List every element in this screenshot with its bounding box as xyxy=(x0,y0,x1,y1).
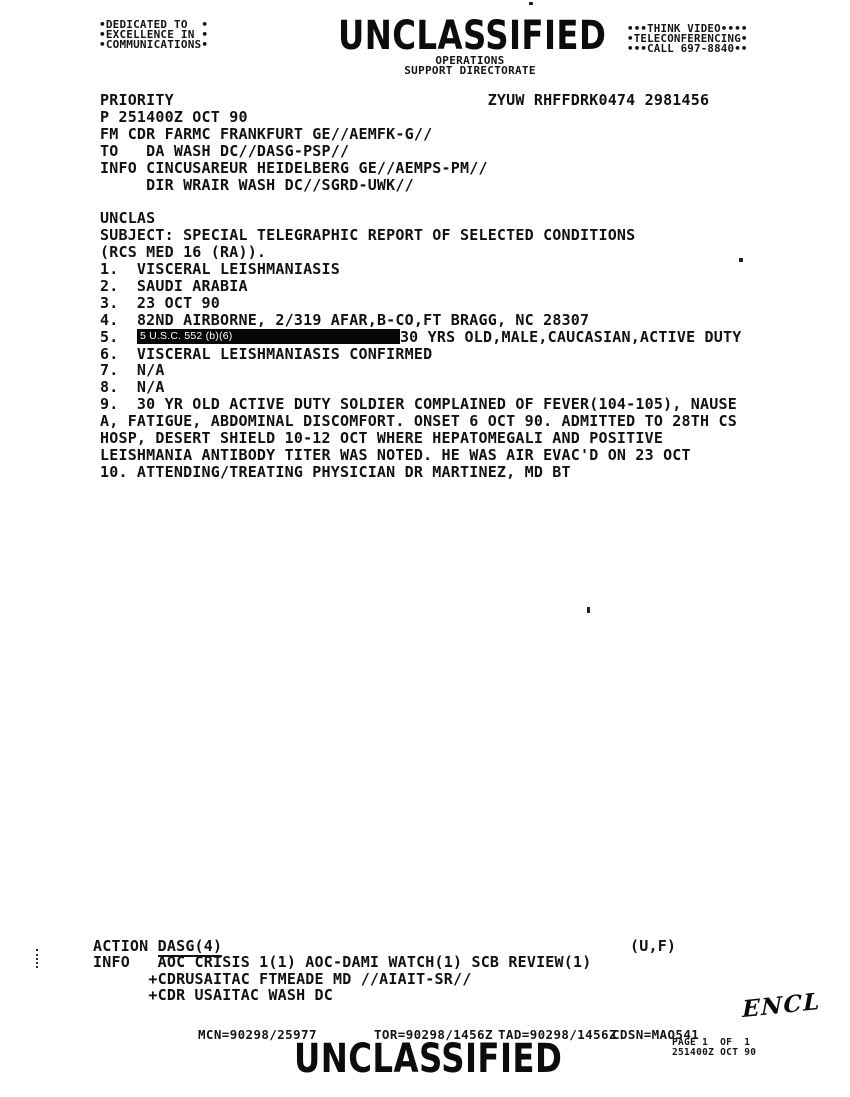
item4-number: 4. xyxy=(100,311,137,329)
scan-artifact-margin-marks xyxy=(36,949,40,968)
item5-number: 5. xyxy=(100,328,137,346)
page-number-and-datetime: PAGE 1 OF 1 251400Z OCT 90 xyxy=(672,1038,756,1057)
info-distribution-lines: INFO AOC CRISIS 1(1) AOC-DAMI WATCH(1) S… xyxy=(93,954,591,1003)
scan-artifact-dot-right xyxy=(739,258,743,262)
item5-rest: 30 YRS OLD,MALE,CAUCASIAN,ACTIVE DUTY xyxy=(400,328,742,346)
handwritten-encl-note: ENCL xyxy=(742,990,821,1022)
redaction-exemption-label: 5 U.S.C. 552 (b)(6) xyxy=(137,329,400,343)
top-classification-banner: UNCLASSIFIED xyxy=(338,17,606,55)
scan-artifact-dot-top xyxy=(529,2,533,5)
classification-marking: (U,F) xyxy=(630,938,676,954)
scanned-telegram-document: •DEDICATED TO • •EXCELLENCE IN • •COMMUN… xyxy=(0,0,850,1097)
bottom-classification-banner: UNCLASSIFIED xyxy=(294,1040,562,1078)
operations-support-directorate-label: OPERATIONS SUPPORT DIRECTORATE xyxy=(395,56,545,75)
message-item4-line: 4. 82ND AIRBORNE, 2/319 AFAR,B-CO,FT BRA… xyxy=(100,312,589,329)
teleconferencing-slogan: •••THINK VIDEO•••• •TELECONFERENCING• ••… xyxy=(627,24,748,54)
item4-rest: ,B-CO,FT BRAGG, NC 28307 xyxy=(368,311,590,329)
message-item5-line: 5. 5 U.S.C. 552 (b)(6)30 YRS OLD,MALE,CA… xyxy=(100,329,741,346)
scan-artifact-speck-middle xyxy=(587,607,590,613)
dedicated-to-excellence-slogan: •DEDICATED TO • •EXCELLENCE IN • •COMMUN… xyxy=(99,20,208,50)
redaction-bar: 5 U.S.C. 552 (b)(6) xyxy=(137,329,400,344)
message-header-lines: PRIORITY ZYUW RHFFDRK0474 2981456 P 2514… xyxy=(100,92,709,312)
message-body-lines: 6. VISCERAL LEISHMANIASIS CONFIRMED 7. N… xyxy=(100,346,737,481)
action-label: ACTION xyxy=(93,937,158,955)
action-line: ACTION DASG(4)(U,F) xyxy=(93,938,222,954)
